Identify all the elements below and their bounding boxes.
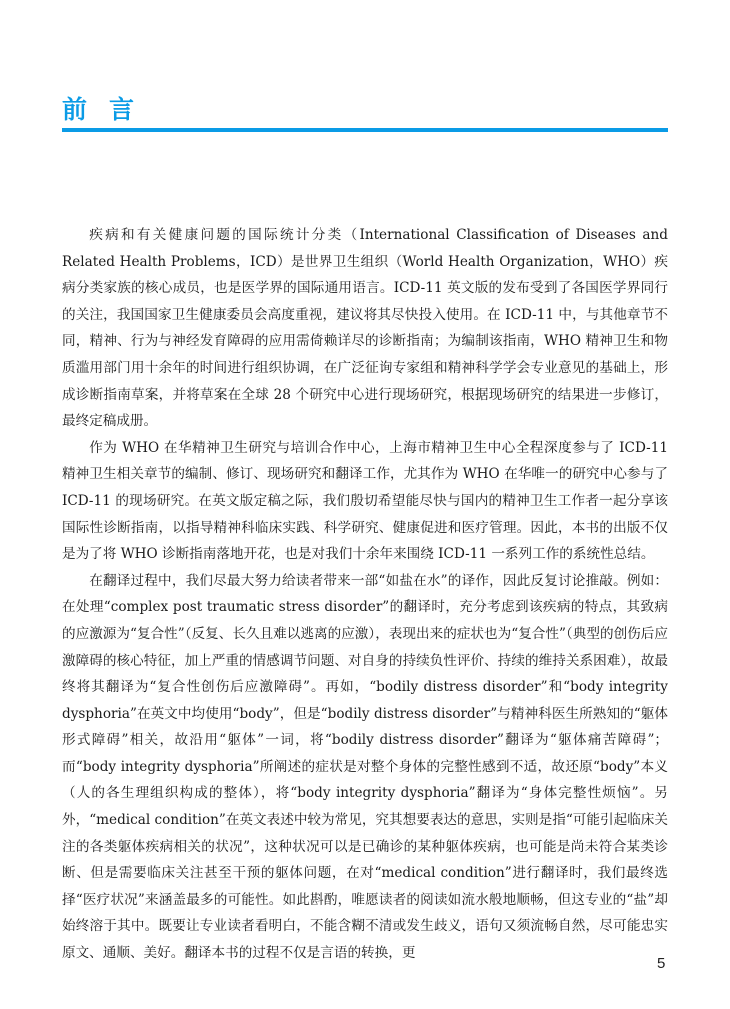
paragraph: 疾病和有关健康问题的国际统计分类（International Classific… bbox=[62, 222, 668, 435]
section-title: 前言 bbox=[62, 95, 156, 125]
paragraph: 在翻译过程中，我们尽最大努力给读者带来一部“如盐在水”的译作，因此反复讨论推敲。… bbox=[62, 568, 668, 967]
preface-body: 疾病和有关健康问题的国际统计分类（International Classific… bbox=[62, 222, 668, 967]
title-underline-rule bbox=[62, 128, 668, 132]
paragraph: 作为 WHO 在华精神卫生研究与培训合作中心，上海市精神卫生中心全程深度参与了 … bbox=[62, 435, 668, 568]
page-number: 5 bbox=[657, 955, 665, 972]
